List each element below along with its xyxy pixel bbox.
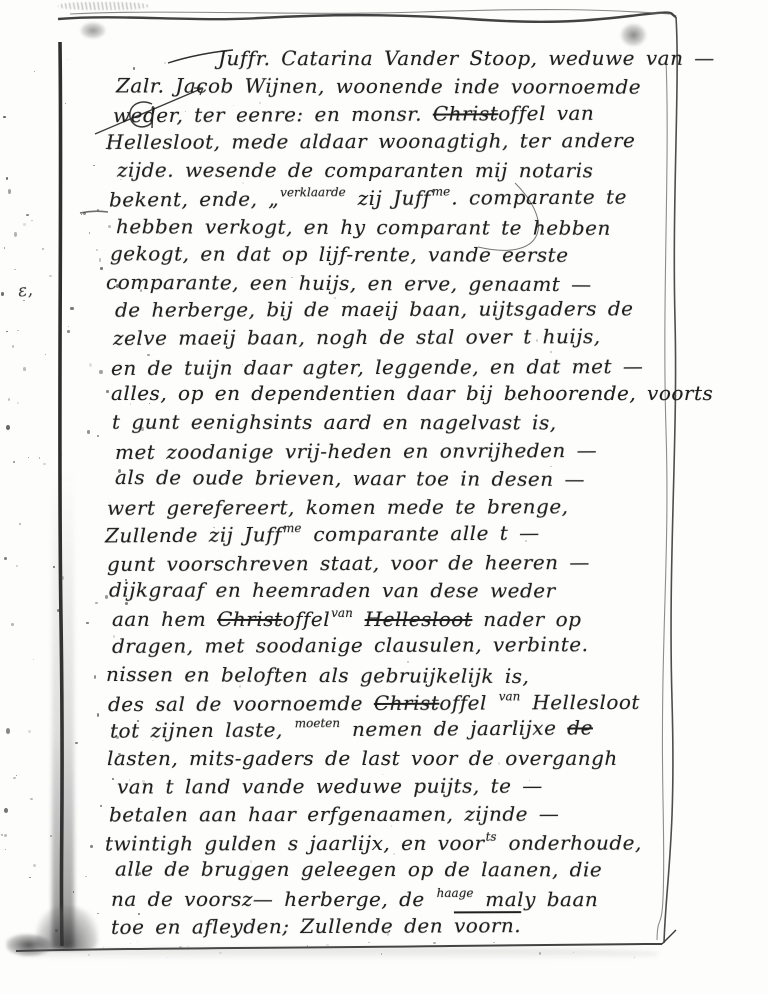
line-28-segment-1: betalen aan haar erfgenaamen, zijnde — xyxy=(109,802,559,827)
line-10-segment-1: de herberge, bij de maeij baan, uijtsgad… xyxy=(115,296,634,321)
line-6-segment-3: zij Juff xyxy=(347,186,431,210)
line-29-segment-2: ts xyxy=(486,830,497,844)
manuscript-line-2: Zalr. Jacob Wijnen, woonende inde voorno… xyxy=(116,73,641,98)
line-25-segment-3: nemen de jaarlijxe xyxy=(341,716,567,741)
line-11-segment-1: zelve maeij baan, nogh de stal over t hu… xyxy=(113,324,601,350)
line-6-segment-2: verklaarde xyxy=(280,185,346,199)
line-21-segment-2: Christ xyxy=(217,607,282,631)
manuscript-line-12: en de tuijn daar agter, leggende, en dat… xyxy=(111,354,643,380)
line-23-segment-1: nissen en beloften als gebruijkelijk is, xyxy=(106,662,530,688)
manuscript-line-32: toe en afleyden; Zullende den voorn. xyxy=(111,913,521,939)
manuscript-line-8: gekogt, en dat op lijf-rente, vande eers… xyxy=(110,241,569,267)
line-24-segment-3: offel xyxy=(439,690,498,714)
line-3-segment-1: weder, ter eenre: en monsr. xyxy=(113,102,433,128)
line-29-segment-3: onderhoude, xyxy=(498,831,642,855)
manuscript-line-5: zijde. wesende de comparanten mij notari… xyxy=(117,158,593,183)
line-4-segment-1: Hellesloot, mede aldaar woonagtigh, ter … xyxy=(106,128,635,154)
line-7-segment-1: hebben verkogt, en hy comparant te hebbe… xyxy=(116,214,611,240)
manuscript-line-31: na de voorsz— herberge, de haage maly ba… xyxy=(111,887,598,911)
line-18-segment-3: comparante alle t — xyxy=(302,521,539,547)
manuscript-line-22: dragen, met soodanige clausulen, verbint… xyxy=(112,632,589,658)
line-21-segment-6: Hellesloot xyxy=(365,607,473,631)
manuscript-line-15: met zoodanige vrij-heden en onvrijheden … xyxy=(115,438,597,464)
scanned-manuscript-page: ε, Juffr. Catarina Vander Stoop, weduwe … xyxy=(0,0,768,994)
line-17-segment-1: wert gerefereert, komen mede te brenge, xyxy=(107,494,569,520)
manuscript-line-13: alles, op en dependentien daar bij behoo… xyxy=(111,381,713,405)
line-32-segment-1: toe en afleyden; Zullende den xyxy=(111,913,454,938)
manuscript-line-24: des sal de voornoemde Christoffel van He… xyxy=(108,690,640,716)
line-8-segment-1: gekogt, en dat op lijf-rente, vande eers… xyxy=(110,241,569,267)
manuscript-line-21: aan hem Christoffelvan Hellesloot nader … xyxy=(112,607,581,631)
manuscript-line-25: tot zijnen laste, moeten nemen de jaarli… xyxy=(110,715,593,742)
manuscript-line-18: Zullende zij Juffme comparante alle t — xyxy=(105,521,540,548)
manuscript-line-7: hebben verkogt, en hy comparant te hebbe… xyxy=(116,214,611,240)
line-21-segment-3: offel xyxy=(283,607,331,631)
line-2-segment-1: Zalr. Jacob Wijnen, woonende inde voorno… xyxy=(116,73,641,98)
line-9-segment-1: comparante, een huijs, en erve, genaamt … xyxy=(106,270,592,296)
manuscript-line-17: wert gerefereert, komen mede te brenge, xyxy=(107,494,569,520)
manuscript-line-6: bekent, ende, „verklaarde zij Juffme. co… xyxy=(109,185,627,212)
line-5-segment-1: zijde. wesende de comparanten mij notari… xyxy=(117,158,593,183)
line-3-segment-2: Christ xyxy=(433,101,499,125)
line-19-segment-1: gunt voorschreven staat, voor de heeren … xyxy=(107,550,590,576)
line-21-segment-4: van xyxy=(331,606,353,620)
line-20-segment-1: dijkgraaf en heemraden van dese weder xyxy=(109,578,556,603)
line-31-segment-2: haage xyxy=(437,886,474,900)
manuscript-line-11: zelve maeij baan, nogh de stal over t hu… xyxy=(113,324,601,350)
line-24-segment-4: van xyxy=(499,689,521,703)
manuscript-line-19: gunt voorschreven staat, voor de heeren … xyxy=(107,550,590,576)
manuscript-line-30: alle de bruggen geleegen op de laanen, d… xyxy=(115,857,602,882)
line-25-segment-2: moeten xyxy=(295,716,340,730)
manuscript-line-3: weder, ter eenre: en monsr. Christoffel … xyxy=(113,101,594,127)
line-32-segment-2: voorn. xyxy=(454,913,521,937)
manuscript-line-28: betalen aan haar erfgenaamen, zijnde — xyxy=(109,802,559,827)
line-6-segment-4: me xyxy=(432,185,451,199)
line-31-segment-1: na de voorsz— herberge, de xyxy=(111,887,436,911)
line-12-segment-1: en de tuijn daar agter, leggende, en dat… xyxy=(111,354,643,380)
manuscript-line-27: van t land vande weduwe puijts, te — xyxy=(117,774,543,799)
manuscript-line-29: twintigh gulden s jaarlijx, en voorts on… xyxy=(105,831,642,856)
manuscript-line-16: als de oude brieven, waar toe in desen — xyxy=(115,465,585,491)
line-29-segment-1: twintigh gulden s jaarlijx, en voor xyxy=(105,831,485,856)
manuscript-text-block: Juffr. Catarina Vander Stoop, weduwe van… xyxy=(0,0,768,994)
line-30-segment-1: alle de bruggen geleegen op de laanen, d… xyxy=(115,857,602,882)
line-24-segment-1: des sal de voornoemde xyxy=(108,691,374,716)
line-14-segment-1: t gunt eenighsints aard en nagelvast is, xyxy=(112,410,557,435)
line-16-segment-1: als de oude brieven, waar toe in desen — xyxy=(115,465,585,491)
line-21-segment-5 xyxy=(354,607,365,631)
line-26-segment-1: lasten, mits-gaders de last voor de over… xyxy=(107,746,618,770)
line-6-segment-1: bekent, ende, „ xyxy=(109,187,279,212)
line-21-segment-7: nader op xyxy=(472,607,581,631)
manuscript-line-4: Hellesloot, mede aldaar woonagtigh, ter … xyxy=(106,128,635,154)
manuscript-line-9: comparante, een huijs, en erve, genaamt … xyxy=(106,270,592,296)
line-25-segment-4: de xyxy=(567,715,593,739)
line-24-segment-5: Hellesloot xyxy=(521,690,640,714)
line-21-segment-1: aan hem xyxy=(112,607,217,631)
line-15-segment-1: met zoodanige vrij-heden en onvrijheden … xyxy=(115,438,597,464)
line-18-segment-2: me xyxy=(283,521,302,535)
line-25-segment-1: tot zijnen laste, xyxy=(110,717,294,742)
manuscript-line-14: t gunt eenighsints aard en nagelvast is, xyxy=(112,410,557,435)
line-22-segment-1: dragen, met soodanige clausulen, verbint… xyxy=(112,632,589,658)
line-6-segment-5: . comparante te xyxy=(451,185,627,210)
line-1-segment-1: Juffr. Catarina Vander Stoop, weduwe van… xyxy=(218,46,715,70)
line-13-segment-1: alles, op en dependentien daar bij behoo… xyxy=(111,381,713,405)
line-18-segment-1: Zullende zij Juff xyxy=(105,522,282,547)
manuscript-line-26: lasten, mits-gaders de last voor de over… xyxy=(107,746,618,770)
line-27-segment-1: van t land vande weduwe puijts, te — xyxy=(117,774,543,799)
manuscript-line-23: nissen en beloften als gebruijkelijk is, xyxy=(106,662,530,688)
line-24-segment-2: Christ xyxy=(374,691,440,715)
manuscript-line-10: de herberge, bij de maeij baan, uijtsgad… xyxy=(115,296,634,321)
manuscript-line-1: Juffr. Catarina Vander Stoop, weduwe van… xyxy=(218,46,715,70)
line-31-segment-3: maly baan xyxy=(474,887,598,911)
line-3-segment-3: offel van xyxy=(498,101,594,125)
manuscript-line-20: dijkgraaf en heemraden van dese weder xyxy=(109,578,556,603)
